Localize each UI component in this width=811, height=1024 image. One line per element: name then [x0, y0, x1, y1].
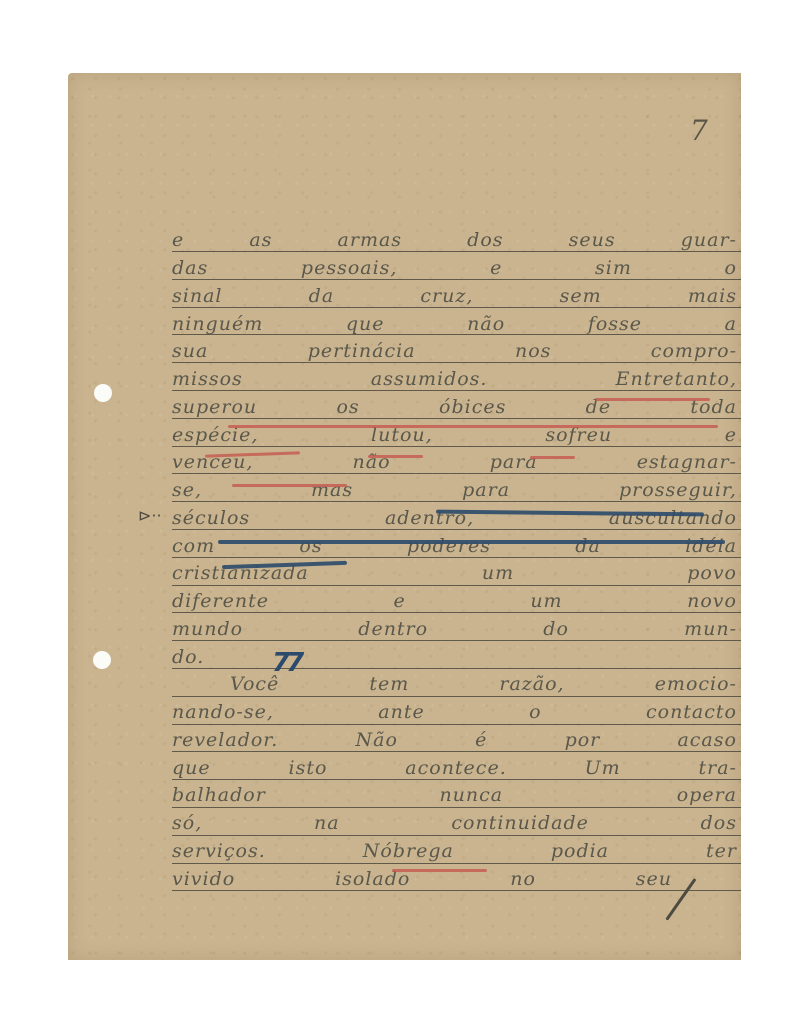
- blue-check-mark: 77: [272, 648, 300, 678]
- word: no: [510, 868, 536, 890]
- ruled-line: [172, 640, 741, 641]
- margin-arrow-icon: ⊳··: [138, 506, 162, 525]
- text-line: comospoderesdaidéia: [172, 533, 737, 557]
- text-line: mundodentrodomun-: [172, 616, 737, 640]
- word: dos: [467, 229, 503, 251]
- word: ninguém: [172, 313, 263, 335]
- text-line: queistoacontece.Umtra-: [172, 755, 737, 779]
- word: revelador.: [172, 729, 278, 751]
- word: prosseguir,: [619, 479, 737, 501]
- word: mais: [688, 285, 737, 307]
- word: armas: [338, 229, 403, 251]
- word: que: [172, 757, 211, 779]
- word: séculos: [172, 507, 250, 529]
- word: e: [490, 257, 502, 279]
- word: as: [249, 229, 272, 251]
- word: sinal: [172, 285, 222, 307]
- ruled-line: [172, 890, 741, 891]
- word: do.: [172, 646, 204, 668]
- word: fosse: [588, 313, 642, 335]
- text-line: nando-se,anteocontacto: [172, 699, 737, 723]
- ruled-line: [172, 529, 741, 530]
- word: da: [575, 535, 601, 557]
- word: emocio-: [655, 673, 737, 695]
- word: um: [530, 590, 562, 612]
- word: sim: [595, 257, 632, 279]
- word: das: [172, 257, 208, 279]
- ruled-line: [172, 473, 741, 474]
- ruled-line: [172, 696, 741, 697]
- word: nunca: [439, 784, 503, 806]
- ruled-line: [172, 835, 741, 836]
- red-underline-mas: [232, 484, 347, 487]
- word: diferente: [172, 590, 269, 612]
- word: só,: [172, 812, 202, 834]
- ruled-line: [172, 612, 741, 613]
- ruled-line: [172, 390, 741, 391]
- word: povo: [687, 562, 737, 584]
- ruled-line: [172, 668, 741, 669]
- word: para: [462, 479, 510, 501]
- word: cruz,: [420, 285, 473, 307]
- word: Nóbrega: [363, 840, 454, 862]
- ruled-line: [172, 251, 741, 252]
- text-line: revelador.Nãoéporacaso: [172, 727, 737, 751]
- word: Entretanto,: [616, 368, 737, 390]
- word: ante: [378, 701, 424, 723]
- ruled-line: [172, 501, 741, 502]
- word: na: [314, 812, 340, 834]
- word: seu: [636, 868, 672, 890]
- word: poderes: [407, 535, 491, 557]
- red-underline-entretanto: [595, 398, 710, 401]
- text-line: só,nacontinuidadedos: [172, 810, 737, 834]
- word: razão,: [499, 673, 564, 695]
- ruled-line: [172, 779, 741, 780]
- text-line: diferenteeumnovo: [172, 588, 737, 612]
- red-underline-lutou: [368, 455, 423, 458]
- word: Não: [356, 729, 398, 751]
- word: serviços.: [172, 840, 266, 862]
- word: nando-se,: [172, 701, 274, 723]
- word: Um: [585, 757, 621, 779]
- word: balhador: [172, 784, 266, 806]
- word: óbices: [439, 396, 506, 418]
- text-line: easarmasdosseusguar-: [172, 227, 737, 251]
- word: os: [299, 535, 322, 557]
- word: com: [172, 535, 215, 557]
- ruled-line: [172, 362, 741, 363]
- text-line: Vocêtemrazão,emocio-: [172, 671, 737, 695]
- word: contacto: [646, 701, 737, 723]
- word: os: [336, 396, 359, 418]
- word: sua: [172, 340, 208, 362]
- word: se,: [172, 479, 202, 501]
- word: mundo: [172, 618, 243, 640]
- word: dentro: [358, 618, 428, 640]
- word: a: [725, 313, 737, 335]
- word: o: [725, 257, 737, 279]
- word: dos: [701, 812, 737, 834]
- word: e: [172, 229, 184, 251]
- word: para: [490, 451, 538, 473]
- word: tem: [369, 673, 409, 695]
- ruled-line: [172, 863, 741, 864]
- red-underline-sofreu: [530, 456, 575, 459]
- word: mas: [311, 479, 353, 501]
- ruled-line: [172, 585, 741, 586]
- word: não: [467, 313, 505, 335]
- word: o: [529, 701, 541, 723]
- word: estagnar-: [637, 451, 737, 473]
- ruled-line: [172, 751, 741, 752]
- word: da: [309, 285, 335, 307]
- text-line: se,masparaprosseguir,: [172, 477, 737, 501]
- word: do: [543, 618, 569, 640]
- text-line: missosassumidos.Entretanto,: [172, 366, 737, 390]
- word: continuidade: [451, 812, 588, 834]
- word: opera: [677, 784, 737, 806]
- word: auscultando: [609, 507, 737, 529]
- word: guar-: [681, 229, 737, 251]
- punch-hole-top: [94, 384, 112, 402]
- word: novo: [687, 590, 737, 612]
- word: tra-: [698, 757, 736, 779]
- text-line: balhadornuncaopera: [172, 782, 737, 806]
- word: sem: [560, 285, 602, 307]
- word: vivido: [172, 868, 235, 890]
- word: um: [482, 562, 514, 584]
- word: nos: [515, 340, 551, 362]
- punch-hole-bottom: [93, 651, 111, 669]
- word: e: [725, 424, 737, 446]
- word: compro-: [651, 340, 737, 362]
- word: e: [394, 590, 406, 612]
- word: acontece.: [405, 757, 506, 779]
- word: idéia: [685, 535, 737, 557]
- word: podia: [551, 840, 609, 862]
- text-line: ninguémquenãofossea: [172, 311, 737, 335]
- word: ter: [706, 840, 737, 862]
- word: seus: [569, 229, 616, 251]
- text-line: serviços.Nóbregapodiater: [172, 838, 737, 862]
- red-underline-nobrega: [392, 869, 487, 872]
- text-line: séculosadentro,auscultando: [172, 505, 737, 529]
- ruled-line: [172, 807, 741, 808]
- word: assumidos.: [371, 368, 488, 390]
- text-line: do.: [172, 644, 737, 668]
- word: pertinácia: [308, 340, 416, 362]
- word: por: [565, 729, 601, 751]
- word: isto: [289, 757, 328, 779]
- word: superou: [172, 396, 257, 418]
- word: pessoais,: [301, 257, 398, 279]
- blue-underline-long: [218, 540, 725, 544]
- text-line: daspessoais,esimo: [172, 255, 737, 279]
- page-number: 7: [690, 114, 708, 147]
- word: acaso: [677, 729, 737, 751]
- word: é: [475, 729, 487, 751]
- ruled-line: [172, 724, 741, 725]
- word: missos: [172, 368, 243, 390]
- word: que: [346, 313, 385, 335]
- red-underline-long: [228, 425, 718, 428]
- word: mun-: [684, 618, 737, 640]
- text-line: sinaldacruz,semmais: [172, 283, 737, 307]
- text-line: suapertinácianoscompro-: [172, 338, 737, 362]
